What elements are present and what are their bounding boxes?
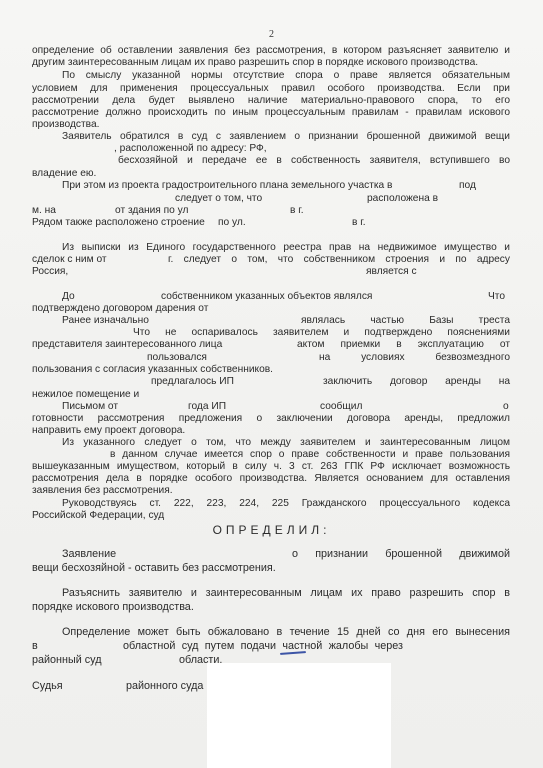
text-fragment: года ИП — [188, 401, 248, 413]
text-fragment: в г. — [290, 205, 330, 217]
text-fragment: Что — [488, 291, 518, 303]
text-line: заявления без рассмотрения. — [32, 485, 510, 497]
text-line: порядке искового производства. — [32, 601, 510, 614]
ruling-heading: ОПРЕДЕЛИЛ: — [0, 523, 543, 537]
text-line: условием для применения процессуальных п… — [32, 83, 510, 95]
text-line: вещи бесхозяйной - оставить без рассмотр… — [32, 562, 510, 575]
text-line: направить ему проект договора. — [32, 425, 510, 437]
text-fragment: актом приемки в эксплуатацию от — [297, 339, 510, 351]
pen-mark — [280, 651, 306, 655]
judge-label: Судья — [32, 680, 72, 693]
text-fragment: м. на — [32, 205, 72, 217]
text-line: рассмотрении дела будет выявлено наличие… — [32, 95, 510, 107]
text-fragment: являлась частью Базы треста — [301, 315, 510, 327]
text-fragment: Рядом также расположено строение — [32, 217, 212, 229]
text-fragment: о — [503, 401, 513, 413]
text-line: Российской Федерации, суд — [32, 510, 510, 522]
text-line: , расположенной по адресу: РФ, — [32, 143, 510, 155]
text-fragment: о признании брошенной движимой — [292, 548, 510, 561]
text-line: производства. — [32, 119, 510, 131]
text-fragment: по ул. — [218, 217, 258, 229]
text-fragment: г. следует о том, что собственником стро… — [168, 254, 510, 266]
text-fragment: До — [62, 291, 82, 303]
text-fragment: предлагалось ИП — [151, 376, 271, 388]
text-fragment: При этом из проекта градостроительного п… — [62, 180, 392, 191]
text-fragment: Россия, — [32, 266, 82, 278]
text-fragment: Заявление — [62, 548, 142, 561]
text-line: владение ею. — [32, 168, 510, 180]
text-fragment: под — [459, 180, 499, 192]
document-page: 2 определение об оставлении заявления бе… — [0, 0, 543, 768]
text-fragment: в данном случае имеется спор о праве соб… — [110, 449, 510, 461]
text-fragment: областной суд путем подачи частной жалоб… — [123, 640, 403, 653]
text-fragment: представителя заинтересованного лица — [32, 339, 212, 351]
text-fragment: следует о том, что — [175, 193, 295, 205]
text-line: Из указанного следует о том, что между з… — [32, 437, 510, 449]
text-line: нежилое помещение и — [32, 389, 510, 401]
text-line: Заявитель обратился в суд с заявлением о… — [32, 131, 510, 143]
text-fragment: в — [32, 640, 52, 653]
text-fragment: пользовался — [147, 352, 227, 364]
text-line: Разъяснить заявителю и заинтересованным … — [32, 587, 510, 600]
text-line: По смыслу указанной нормы отсутствие спо… — [32, 70, 510, 82]
text-line: определение об оставлении заявления без … — [32, 45, 510, 57]
text-fragment: в г. — [352, 217, 392, 229]
text-line: вышеуказанным имуществом, который в силу… — [32, 461, 510, 473]
text-line: бесхозяйной и передаче ее в собственност… — [32, 155, 510, 167]
text-fragment: от здания по ул — [115, 205, 215, 217]
redaction-block — [207, 663, 391, 768]
text-fragment: является с — [366, 266, 446, 278]
text-line: пользования с согласия указанных собстве… — [32, 364, 510, 376]
text-line: готовности рассмотрения предложения о за… — [32, 413, 510, 425]
text-fragment: на условиях безвозмездного — [319, 352, 510, 364]
text-line: Руководствуясь ст. 222, 223, 224, 225 Гр… — [32, 498, 510, 510]
text-fragment: заключить договор аренды на — [323, 376, 510, 388]
text-fragment: сообщил — [320, 401, 380, 413]
text-line: Из выписки из Единого государственного р… — [32, 242, 510, 254]
text-fragment: собственником указанных объектов являлся — [161, 291, 381, 303]
text-fragment: Письмом от — [62, 401, 142, 413]
text-line: подтверждено договором дарения от — [32, 303, 510, 315]
text-line: другим заинтересованным лицам их право р… — [32, 57, 510, 69]
page-number: 2 — [0, 29, 543, 40]
text-fragment: сделок с ним от — [32, 254, 112, 266]
text-fragment: Ранее изначально — [62, 315, 162, 327]
text-line: Определение может быть обжаловано в тече… — [32, 626, 510, 639]
text-fragment: Что не оспаривалось заявителем и подтвер… — [133, 327, 510, 339]
text-fragment: районный суд — [32, 654, 112, 667]
text-fragment: расположена в — [367, 193, 467, 205]
text-line: рассмотрения дела в порядке особого прои… — [32, 473, 510, 485]
text-line: рассмотрение должно происходить по иным … — [32, 107, 510, 119]
